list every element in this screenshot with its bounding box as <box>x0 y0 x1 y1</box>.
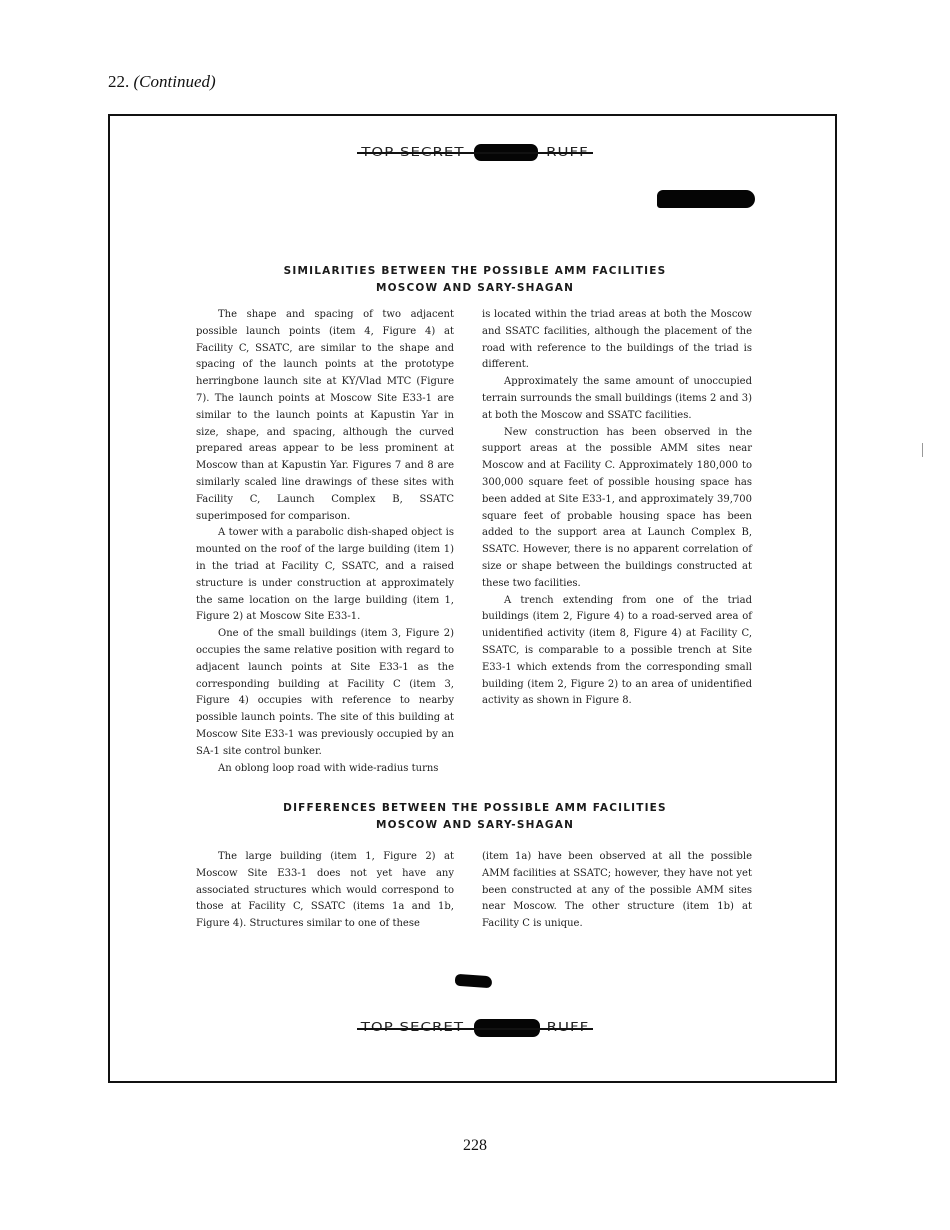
paragraph: An oblong loop road with wide-radius tur… <box>196 761 454 778</box>
section-heading: 22. (Continued) <box>108 72 216 92</box>
paragraph: A trench extending from one of the triad… <box>482 593 752 711</box>
redaction-block-small <box>455 974 493 989</box>
section-label: (Continued) <box>134 72 216 91</box>
paragraph: One of the small buildings (item 3, Figu… <box>196 626 454 760</box>
classification-marking-bottom: TOP SECRET RUFF <box>0 1018 950 1037</box>
similarities-heading: SIMILARITIES BETWEEN THE POSSIBLE AMM FA… <box>0 263 950 297</box>
scan-artifact <box>922 443 923 457</box>
paragraph-continuation: (item 1a) have been observed at all the … <box>482 849 752 933</box>
similarities-left-column: The shape and spacing of two adjacent po… <box>196 307 454 777</box>
paragraph: The large building (item 1, Figure 2) at… <box>196 849 454 933</box>
paragraph: Approximately the same amount of unoccup… <box>482 374 752 424</box>
differences-left-column: The large building (item 1, Figure 2) at… <box>196 849 454 933</box>
strikethrough-line <box>357 1028 594 1030</box>
paragraph: New construction has been observed in th… <box>482 425 752 593</box>
similarities-right-column: is located within the triad areas at bot… <box>482 307 752 710</box>
strikethrough-line <box>357 152 593 154</box>
redaction-block-corner <box>657 190 755 208</box>
paragraph: A tower with a parabolic dish-shaped obj… <box>196 525 454 626</box>
differences-right-column: (item 1a) have been observed at all the … <box>482 849 752 933</box>
section-number: 22. <box>108 72 129 91</box>
differences-heading: DIFFERENCES BETWEEN THE POSSIBLE AMM FAC… <box>0 800 950 834</box>
paragraph-continuation: is located within the triad areas at bot… <box>482 307 752 374</box>
paragraph: The shape and spacing of two adjacent po… <box>196 307 454 525</box>
classification-marking-top: TOP SECRET RUFF <box>0 143 950 161</box>
page-number: 228 <box>0 1137 950 1155</box>
